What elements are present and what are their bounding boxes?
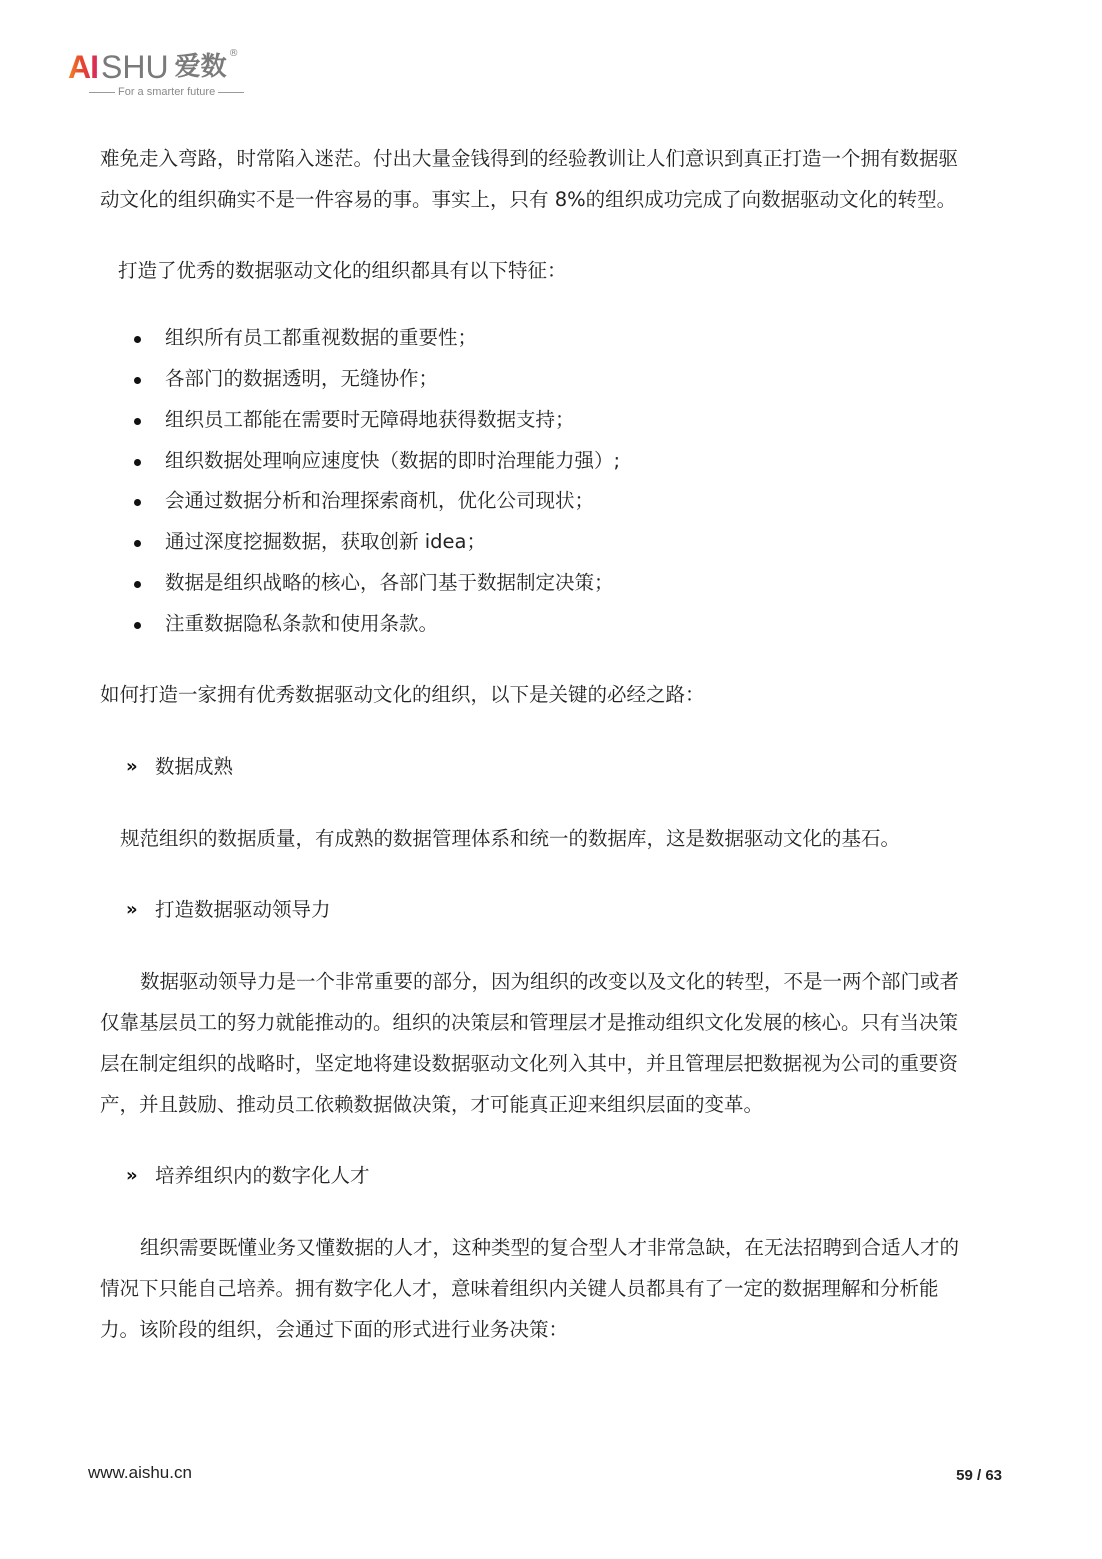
bullet-icon: [134, 418, 141, 425]
logo-chinese-text: 爱数: [175, 48, 227, 86]
page-total: 63: [985, 1467, 1002, 1484]
page-separator: /: [977, 1467, 981, 1484]
list-item-text: 组织数据处理响应速度快（数据的即时治理能力强）;: [165, 449, 620, 473]
logo-tagline: For a smarter future: [86, 86, 247, 98]
list-item-text: 各部门的数据透明，无缝协作；: [165, 367, 438, 391]
path-heading: 如何打造一家拥有优秀数据驱动文化的组织，以下是关键的必经之路：: [100, 683, 705, 707]
section-paragraph-line: 力。该阶段的组织，会通过下面的形式进行业务决策：: [100, 1318, 568, 1342]
logo-shu-text: SHU: [101, 48, 169, 86]
bullet-icon: [134, 540, 141, 547]
section-title: 数据成熟: [155, 755, 233, 779]
logo-wordmark: AI SHU 爱数 ®: [68, 46, 239, 86]
intro-line: 难免走入弯路，时常陷入迷茫。付出大量金钱得到的经验教训让人们意识到真正打造一个拥…: [100, 147, 958, 171]
features-heading: 打造了优秀的数据驱动文化的组织都具有以下特征：: [118, 259, 567, 283]
bullet-icon: [134, 622, 141, 629]
section-title: 打造数据驱动领导力: [155, 898, 331, 922]
tagline-rule-right: [218, 92, 244, 93]
bullet-icon: [134, 581, 141, 588]
list-item-text: 组织员工都能在需要时无障碍地获得数据支持；: [165, 408, 575, 432]
section-paragraph-line: 情况下只能自己培养。拥有数字化人才，意味着组织内关键人员都具有了一定的数据理解和…: [100, 1277, 939, 1301]
bullet-icon: [134, 336, 141, 343]
section-title: 培养组织内的数字化人才: [155, 1164, 370, 1188]
aishu-logo: AI SHU 爱数 ® For a smarter future: [68, 46, 278, 102]
section-paragraph-line: 层在制定组织的战略时，坚定地将建设数据驱动文化列入其中，并且管理层把数据视为公司…: [100, 1052, 958, 1076]
list-item-text: 数据是组织战略的核心，各部门基于数据制定决策；: [165, 571, 614, 595]
bullet-icon: [134, 499, 141, 506]
list-item-text: 注重数据隐私条款和使用条款。: [165, 612, 438, 636]
double-chevron-right-icon: »: [126, 1164, 138, 1188]
bullet-icon: [134, 459, 141, 466]
tagline-text: For a smarter future: [118, 86, 215, 98]
bullet-icon: [134, 377, 141, 384]
registered-icon: ®: [229, 48, 239, 59]
double-chevron-right-icon: »: [126, 755, 138, 779]
double-chevron-right-icon: »: [126, 898, 138, 922]
page-current: 59: [956, 1467, 973, 1484]
section-paragraph-line: 规范组织的数据质量，有成熟的数据管理体系和统一的数据库，这是数据驱动文化的基石。: [120, 827, 900, 851]
section-paragraph-line: 仅靠基层员工的努力就能推动的。组织的决策层和管理层才是推动组织文化发展的核心。只…: [100, 1011, 958, 1035]
intro-line: 动文化的组织确实不是一件容易的事。事实上，只有 8%的组织成功完成了向数据驱动文…: [100, 188, 956, 212]
list-item-text: 通过深度挖掘数据，获取创新 idea；: [165, 530, 486, 554]
footer-website-link[interactable]: www.aishu.cn: [88, 1463, 192, 1483]
logo-ai-mark: AI: [68, 48, 98, 86]
section-paragraph-line: 组织需要既懂业务又懂数据的人才，这种类型的复合型人才非常急缺，在无法招聘到合适人…: [140, 1236, 959, 1260]
list-item-text: 会通过数据分析和治理探索商机，优化公司现状；: [165, 489, 594, 513]
section-paragraph-line: 产，并且鼓励、推动员工依赖数据做决策，才可能真正迎来组织层面的变革。: [100, 1093, 763, 1117]
section-paragraph-line: 数据驱动领导力是一个非常重要的部分，因为组织的改变以及文化的转型，不是一两个部门…: [140, 970, 959, 994]
page-number: 59 / 63: [956, 1467, 1002, 1484]
tagline-rule-left: [89, 92, 115, 93]
list-item-text: 组织所有员工都重视数据的重要性；: [165, 326, 477, 350]
